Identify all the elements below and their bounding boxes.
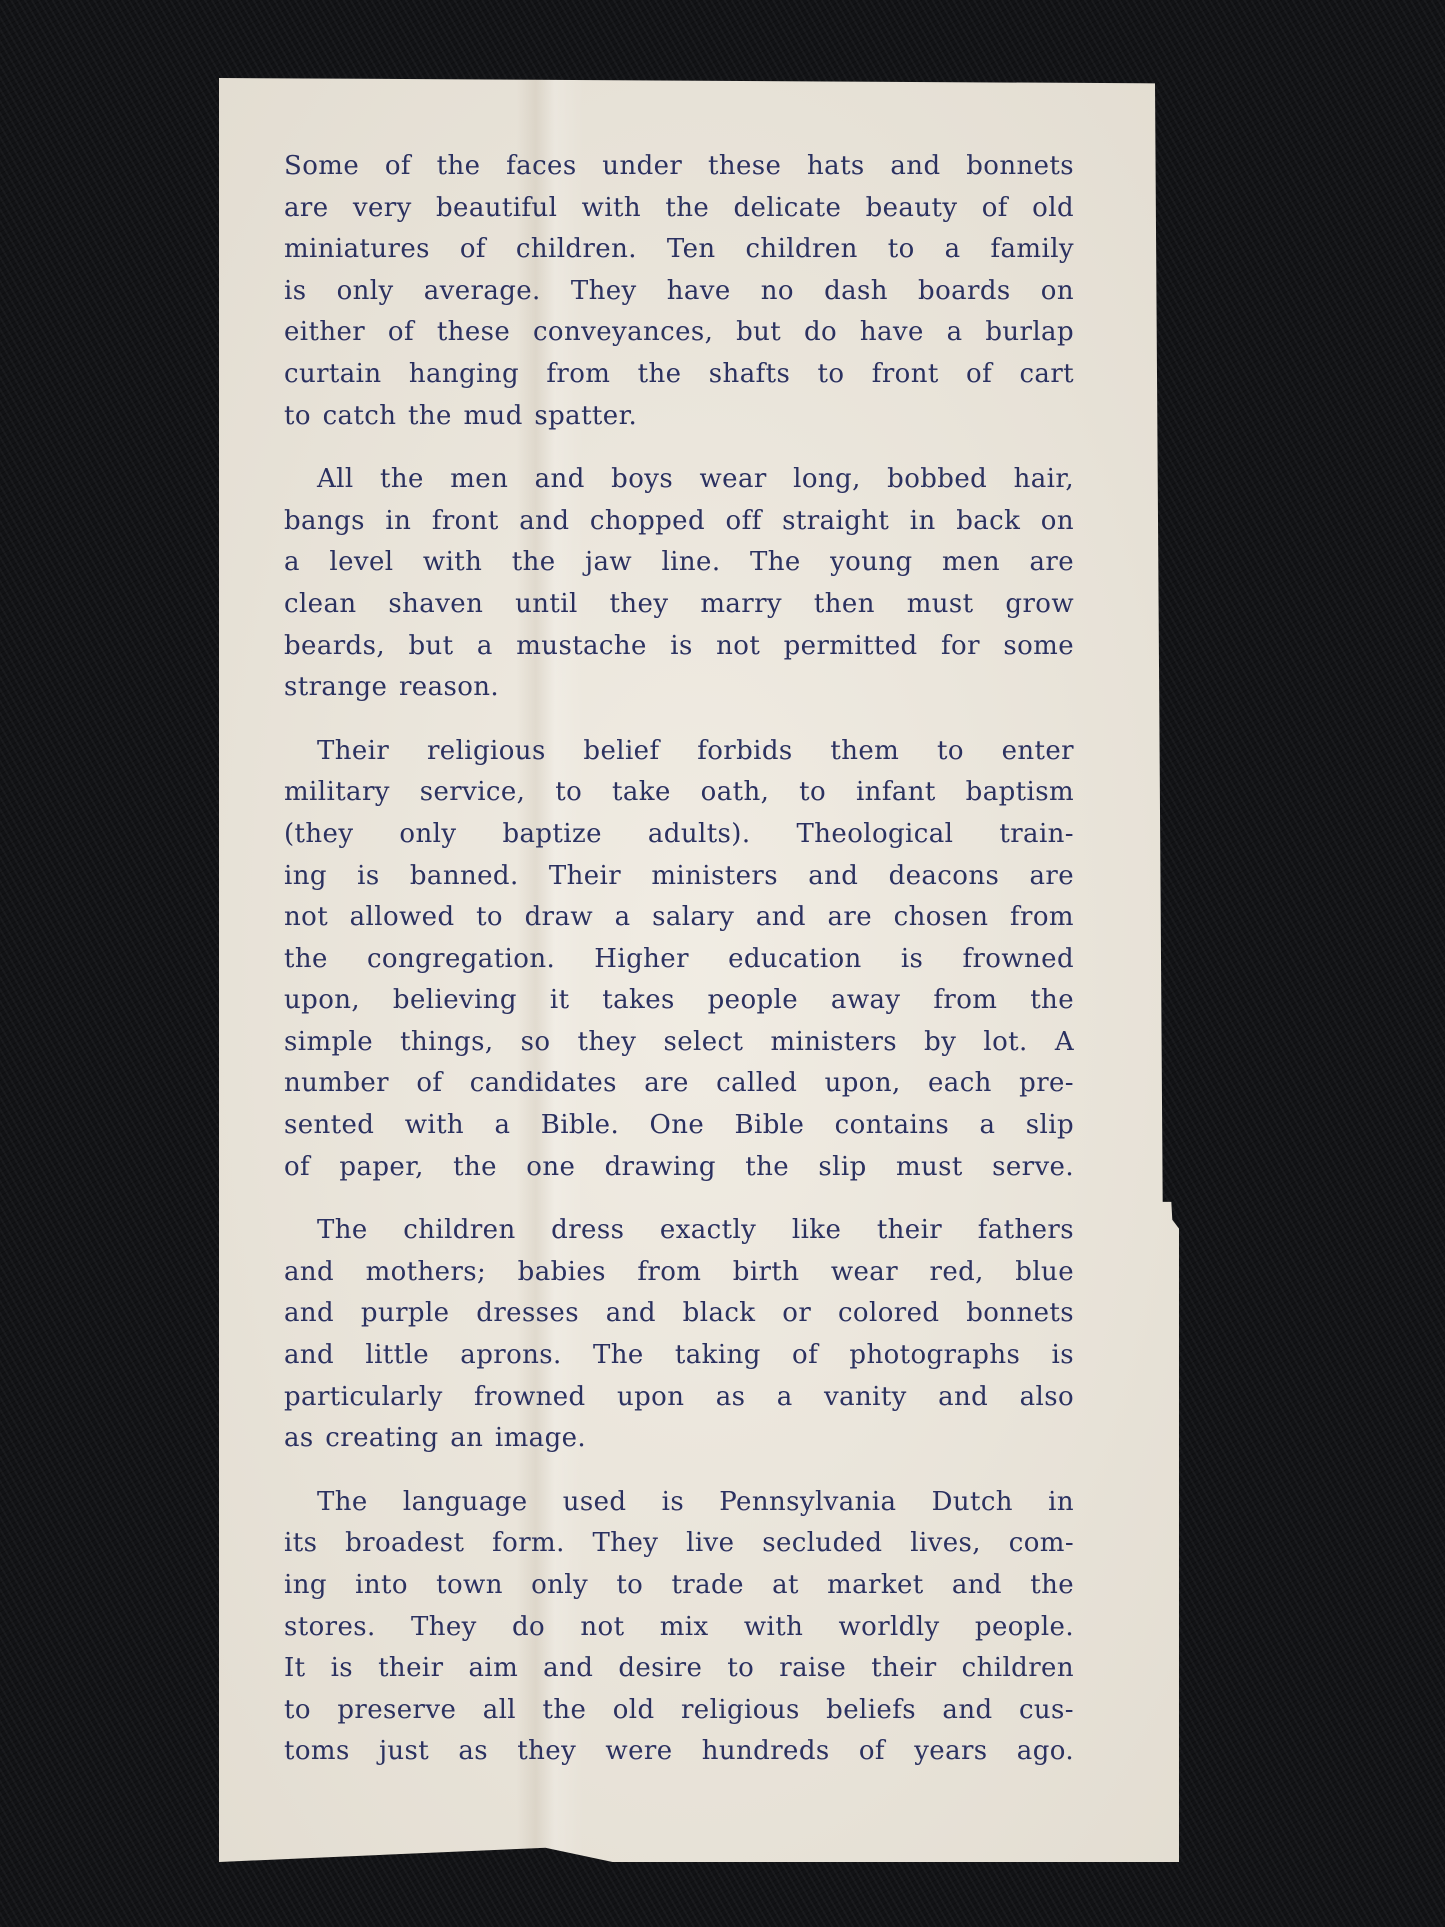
text-line: its broadest form. They live secluded li…	[284, 1523, 1074, 1565]
text-line: military service, to take oath, to infan…	[284, 772, 1074, 814]
text-line: as creating an image.	[284, 1418, 1074, 1460]
text-line: It is their aim and desire to raise thei…	[284, 1648, 1074, 1690]
text-line: particularly frowned upon as a vanity an…	[284, 1377, 1074, 1419]
text-line: toms just as they were hundreds of years…	[284, 1731, 1074, 1773]
text-line: Some of the faces under these hats and b…	[284, 146, 1074, 188]
text-line: to catch the mud spatter.	[284, 396, 1074, 438]
text-line: and mothers; babies from birth wear red,…	[284, 1252, 1074, 1294]
text-line: and little aprons. The taking of photogr…	[284, 1335, 1074, 1377]
text-line: ing into town only to trade at market an…	[284, 1565, 1074, 1607]
text-line: stores. They do not mix with worldly peo…	[284, 1607, 1074, 1649]
text-line: The children dress exactly like their fa…	[284, 1210, 1074, 1252]
text-line: All the men and boys wear long, bobbed h…	[284, 459, 1074, 501]
text-line: miniatures of children. Ten children to …	[284, 229, 1074, 271]
text-line: beards, but a mustache is not permitted …	[284, 626, 1074, 668]
text-line: clean shaven until they marry then must …	[284, 584, 1074, 626]
text-line: ing is banned. Their ministers and deaco…	[284, 856, 1074, 898]
text-line: The language used is Pennsylvania Dutch …	[284, 1482, 1074, 1524]
text-line: is only average. They have no dash board…	[284, 271, 1074, 313]
text-line: sented with a Bible. One Bible contains …	[284, 1105, 1074, 1147]
text-line: strange reason.	[284, 667, 1074, 709]
text-line: Their religious belief forbids them to e…	[284, 731, 1074, 773]
text-line: are very beautiful with the delicate bea…	[284, 188, 1074, 230]
paragraph-religious-belief: Their religious belief forbids them to e…	[284, 731, 1074, 1189]
text-line: the congregation. Higher education is fr…	[284, 939, 1074, 981]
paragraph-children-dress: The children dress exactly like their fa…	[284, 1210, 1074, 1460]
text-line: curtain hanging from the shafts to front…	[284, 354, 1074, 396]
text-line: simple things, so they select ministers …	[284, 1022, 1074, 1064]
text-line: and purple dresses and black or colored …	[284, 1293, 1074, 1335]
text-line: of paper, the one drawing the slip must …	[284, 1147, 1074, 1189]
leaflet-text: Some of the faces under these hats and b…	[284, 146, 1074, 1795]
text-line: bangs in front and chopped off straight …	[284, 501, 1074, 543]
paragraph-faces-and-carts: Some of the faces under these hats and b…	[284, 146, 1074, 437]
text-line: to preserve all the old religious belief…	[284, 1690, 1074, 1732]
paragraph-language: The language used is Pennsylvania Dutch …	[284, 1482, 1074, 1773]
paragraph-hair-and-beards: All the men and boys wear long, bobbed h…	[284, 459, 1074, 709]
text-line: upon, believing it takes people away fro…	[284, 980, 1074, 1022]
text-line: either of these conveyances, but do have…	[284, 312, 1074, 354]
text-line: number of candidates are called upon, ea…	[284, 1063, 1074, 1105]
text-line: a level with the jaw line. The young men…	[284, 542, 1074, 584]
text-line: not allowed to draw a salary and are cho…	[284, 897, 1074, 939]
text-line: (they only baptize adults). Theological …	[284, 814, 1074, 856]
